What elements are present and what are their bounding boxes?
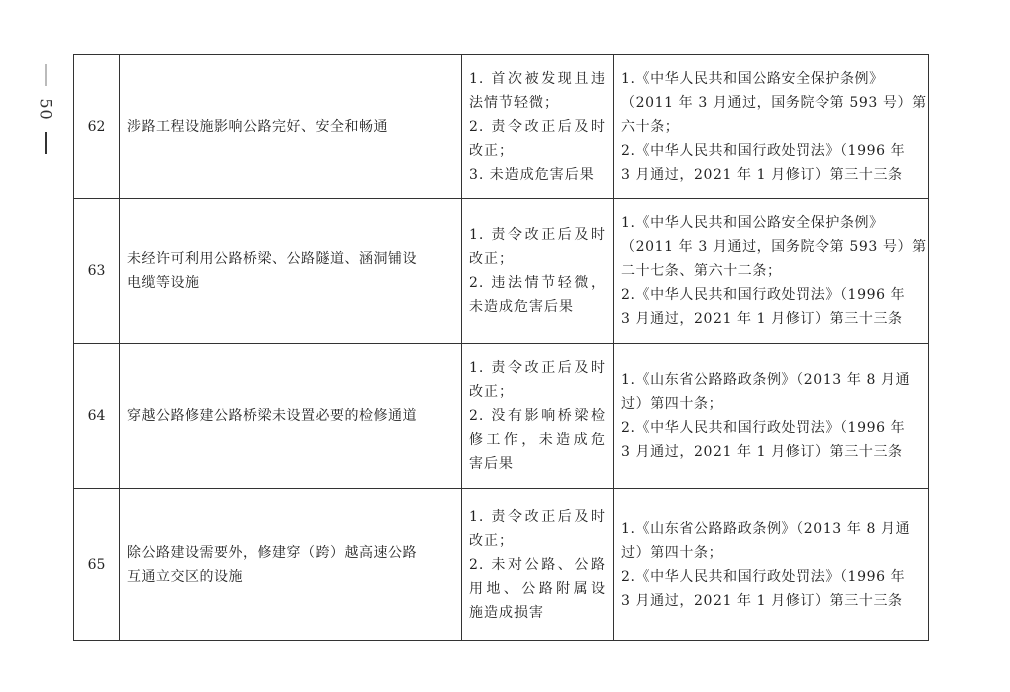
page-number-dash-bottom [45,132,47,154]
legal-basis-line: （2011 年 3 月通过，国务院令第 593 号）第 [621,235,921,259]
legal-basis-line: 3 月通过，2021 年 1 月修订）第三十三条 [621,163,921,187]
page-number-dash-top [45,64,47,86]
violation-description-line: 未经许可利用公路桥梁、公路隧道、涵洞铺设 [127,247,454,271]
legal-basis-line: 1.《山东省公路路政条例》（2013 年 8 月通 [621,517,921,541]
exemption-conditions-line: 施造成损害 [469,601,606,625]
legal-basis-line: 过）第四十条； [621,392,921,416]
legal-basis-line: 六十条； [621,115,921,139]
page-number: 50 [34,64,58,154]
exemption-conditions-line: 2. 违法情节轻微， [469,271,606,295]
row-number: 64 [74,344,120,489]
exemption-conditions: 1. 首次被发现且违法情节轻微；2. 责令改正后及时改正；3. 未造成危害后果 [462,55,614,199]
violation-description: 未经许可利用公路桥梁、公路隧道、涵洞铺设电缆等设施 [120,199,462,344]
exemption-conditions-line: 1. 责令改正后及时 [469,356,606,380]
exemption-conditions-line: 2. 未对公路、公路 [469,553,606,577]
exemption-conditions-line: 改正； [469,529,606,553]
legal-basis: 1.《山东省公路路政条例》（2013 年 8 月通过）第四十条；2.《中华人民共… [614,489,929,641]
exemption-conditions: 1. 责令改正后及时改正；2. 未对公路、公路用地、公路附属设施造成损害 [462,489,614,641]
table-row: 65除公路建设需要外，修建穿（跨）越高速公路互通立交区的设施1. 责令改正后及时… [74,489,929,641]
legal-basis-line: 3 月通过，2021 年 1 月修订）第三十三条 [621,440,921,464]
exemption-conditions-line: 改正； [469,139,606,163]
legal-basis-line: 2.《中华人民共和国行政处罚法》（1996 年 [621,565,921,589]
exemption-conditions-line: 法情节轻微； [469,91,606,115]
table-row: 64穿越公路修建公路桥梁未设置必要的检修通道1. 责令改正后及时改正；2. 没有… [74,344,929,489]
exemption-conditions-line: 改正； [469,247,606,271]
violation-table: 62涉路工程设施影响公路完好、安全和畅通1. 首次被发现且违法情节轻微；2. 责… [73,54,929,641]
legal-basis-line: 2.《中华人民共和国行政处罚法》（1996 年 [621,416,921,440]
violation-description-line: 穿越公路修建公路桥梁未设置必要的检修通道 [127,404,454,428]
violation-description: 穿越公路修建公路桥梁未设置必要的检修通道 [120,344,462,489]
exemption-conditions: 1. 责令改正后及时改正；2. 没有影响桥梁检修工作，未造成危害后果 [462,344,614,489]
page-number-text: 50 [36,98,55,120]
row-number: 65 [74,489,120,641]
exemption-conditions-line: 1. 责令改正后及时 [469,505,606,529]
violation-description-line: 除公路建设需要外，修建穿（跨）越高速公路 [127,541,454,565]
legal-basis-line: 二十七条、第六十二条； [621,259,921,283]
exemption-conditions-line: 2. 责令改正后及时 [469,115,606,139]
violation-description-line: 涉路工程设施影响公路完好、安全和畅通 [127,115,454,139]
table-row: 63未经许可利用公路桥梁、公路隧道、涵洞铺设电缆等设施1. 责令改正后及时改正；… [74,199,929,344]
exemption-conditions-line: 修工作，未造成危 [469,428,606,452]
exemption-conditions-line: 改正； [469,380,606,404]
violation-description-line: 电缆等设施 [127,271,454,295]
legal-basis-line: 过）第四十条； [621,541,921,565]
violation-description: 涉路工程设施影响公路完好、安全和畅通 [120,55,462,199]
exemption-conditions-line: 用地、公路附属设 [469,577,606,601]
legal-basis-line: 3 月通过，2021 年 1 月修订）第三十三条 [621,307,921,331]
exemption-conditions-line: 未造成危害后果 [469,295,606,319]
legal-basis: 1.《中华人民共和国公路安全保护条例》（2011 年 3 月通过，国务院令第 5… [614,55,929,199]
exemption-conditions-line: 1. 责令改正后及时 [469,223,606,247]
exemption-conditions-line: 害后果 [469,452,606,476]
legal-basis-line: （2011 年 3 月通过，国务院令第 593 号）第 [621,91,921,115]
exemption-conditions-line: 2. 没有影响桥梁检 [469,404,606,428]
row-number: 63 [74,199,120,344]
legal-basis: 1.《山东省公路路政条例》（2013 年 8 月通过）第四十条；2.《中华人民共… [614,344,929,489]
exemption-conditions-line: 3. 未造成危害后果 [469,163,606,187]
violation-description: 除公路建设需要外，修建穿（跨）越高速公路互通立交区的设施 [120,489,462,641]
legal-basis-line: 1.《中华人民共和国公路安全保护条例》 [621,211,921,235]
legal-basis: 1.《中华人民共和国公路安全保护条例》（2011 年 3 月通过，国务院令第 5… [614,199,929,344]
violation-description-line: 互通立交区的设施 [127,565,454,589]
table-row: 62涉路工程设施影响公路完好、安全和畅通1. 首次被发现且违法情节轻微；2. 责… [74,55,929,199]
row-number: 62 [74,55,120,199]
legal-basis-line: 3 月通过，2021 年 1 月修订）第三十三条 [621,589,921,613]
exemption-conditions: 1. 责令改正后及时改正；2. 违法情节轻微，未造成危害后果 [462,199,614,344]
legal-basis-line: 2.《中华人民共和国行政处罚法》（1996 年 [621,139,921,163]
legal-basis-line: 1.《山东省公路路政条例》（2013 年 8 月通 [621,368,921,392]
legal-basis-line: 2.《中华人民共和国行政处罚法》（1996 年 [621,283,921,307]
legal-basis-line: 1.《中华人民共和国公路安全保护条例》 [621,67,921,91]
exemption-conditions-line: 1. 首次被发现且违 [469,67,606,91]
